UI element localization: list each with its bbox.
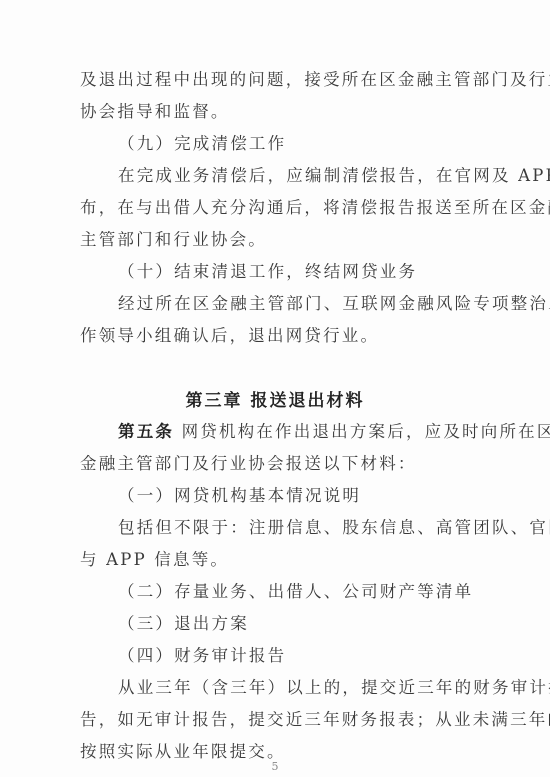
document-page: 及退出过程中出现的问题，接受所在区金融主管部门及行业 协会指导和监督。 （九）完… <box>0 0 550 777</box>
item-title-1: （一）网贷机构基本情况说明 <box>118 486 472 506</box>
article-label: 第五条 <box>118 422 174 441</box>
paragraph-line: 布，在与出借人充分沟通后，将清偿报告报送至所在区金融 <box>80 198 472 218</box>
paragraph-line: 金融主管部门及行业协会报送以下材料： <box>80 454 472 474</box>
paragraph-line: 按照实际从业年限提交。 <box>80 742 472 762</box>
paragraph-line: 告，如无审计报告，提交近三年财务报表；从业未满三年的， <box>80 710 472 730</box>
paragraph-line: 作领导小组确认后，退出网贷行业。 <box>80 326 472 346</box>
item-title-3: （三）退出方案 <box>118 614 472 634</box>
paragraph-line: 经过所在区金融主管部门、互联网金融风险专项整治工 <box>118 294 472 314</box>
article-text: 网贷机构在作出退出方案后，应及时向所在区 <box>182 422 550 441</box>
chapter-heading: 第三章 报送退出材料 <box>0 386 550 411</box>
paragraph-line: 在完成业务清偿后，应编制清偿报告，在官网及 APP 公 <box>118 166 472 186</box>
section-title-10: （十）结束清退工作，终结网贷业务 <box>118 262 472 282</box>
item-title-4: （四）财务审计报告 <box>118 646 472 666</box>
paragraph-line: 协会指导和监督。 <box>80 102 472 122</box>
article-5-line: 第五条 网贷机构在作出退出方案后，应及时向所在区 <box>118 422 472 442</box>
paragraph-line: 从业三年（含三年）以上的，提交近三年的财务审计报 <box>118 678 472 698</box>
paragraph-line: 及退出过程中出现的问题，接受所在区金融主管部门及行业 <box>80 70 472 90</box>
paragraph-line: 主管部门和行业协会。 <box>80 230 472 250</box>
item-title-2: （二）存量业务、出借人、公司财产等清单 <box>118 582 472 602</box>
section-title-9: （九）完成清偿工作 <box>118 134 472 154</box>
paragraph-line: 包括但不限于：注册信息、股东信息、高管团队、官网 <box>118 518 472 538</box>
page-number: 5 <box>0 760 550 773</box>
paragraph-line: 与 APP 信息等。 <box>80 550 472 570</box>
